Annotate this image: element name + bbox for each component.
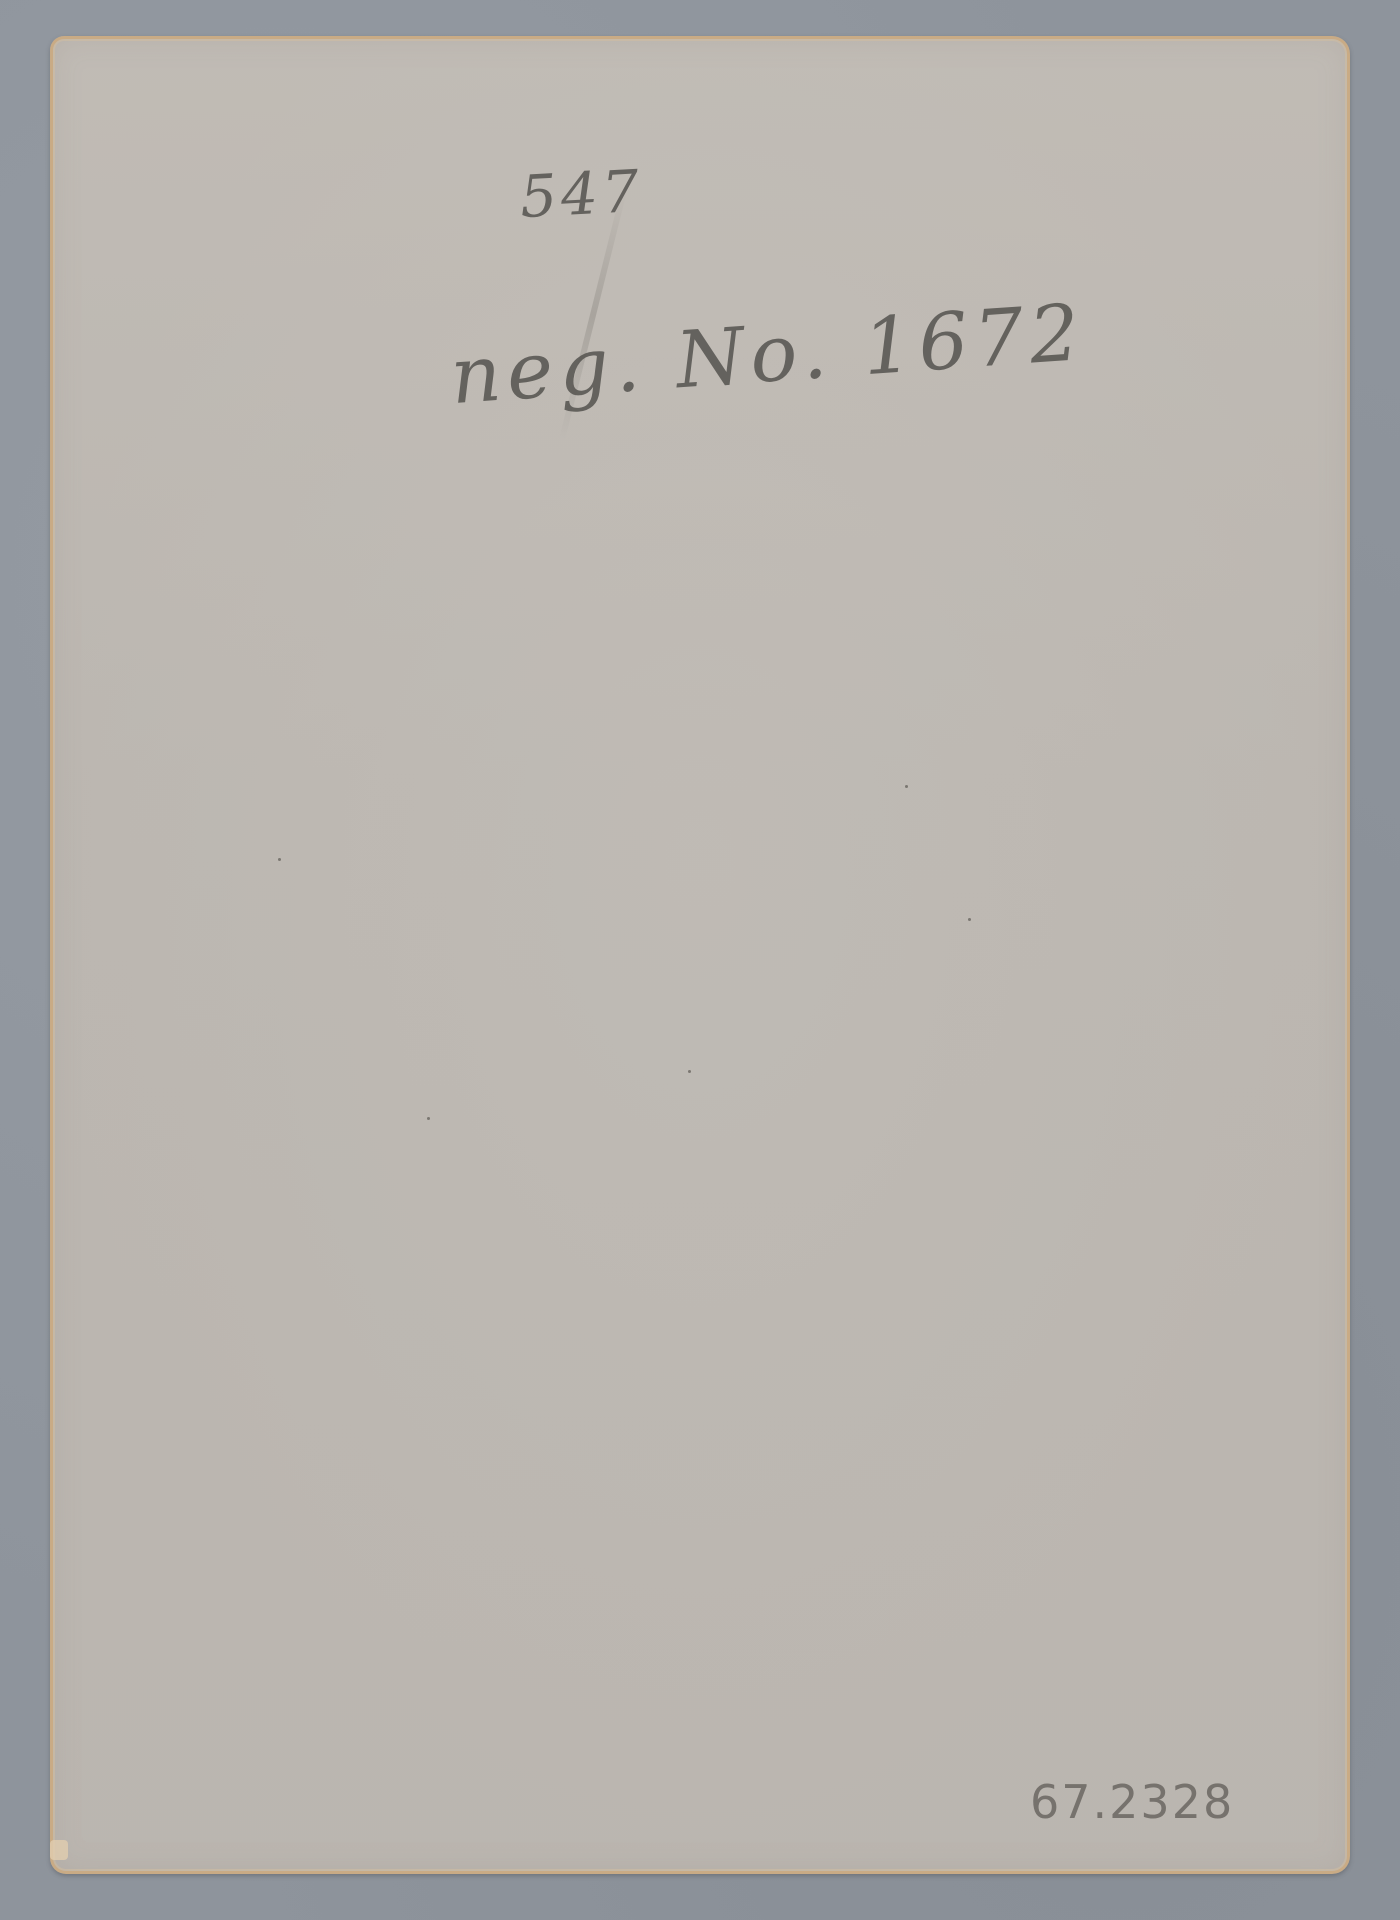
speck-mark <box>905 785 908 788</box>
inscription-top-number: 547 <box>518 157 644 231</box>
mount-card <box>50 36 1350 1874</box>
speck-mark <box>688 1070 691 1073</box>
speck-mark <box>427 1117 430 1120</box>
speck-mark <box>278 858 281 861</box>
inscription-accession-number: 67.2328 <box>1030 1775 1234 1829</box>
corner-wear-mark <box>50 1840 68 1860</box>
speck-mark <box>968 918 971 921</box>
